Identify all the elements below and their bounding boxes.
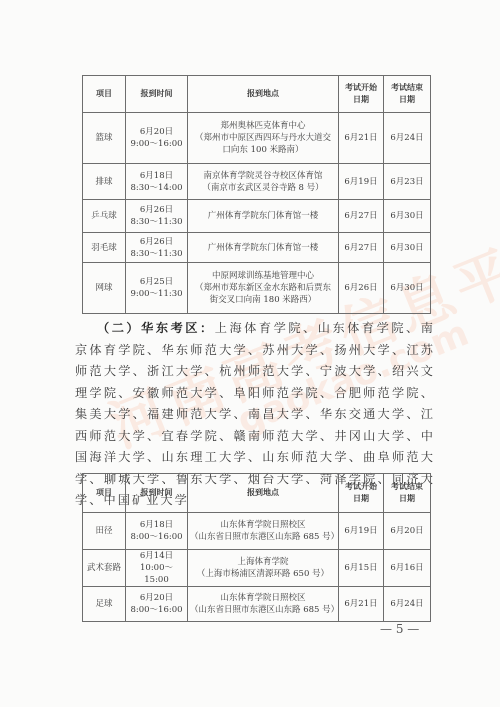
table-row: 篮球 6月20日9:00～16:00 郑州奥林匹克体育中心（郑州市中原区西四环与…	[83, 113, 431, 164]
cell-time: 6月26日8:30～11:30	[126, 233, 188, 263]
header-checkin-time: 报到时间	[126, 76, 188, 113]
cell-place: 上海体育学院（上海市杨浦区清源环路 650 号）	[188, 550, 339, 587]
table-row: 排球 6月18日8:30～14:00 南京体育学院灵谷寺校区体育馆（南京市玄武区…	[83, 164, 431, 200]
cell-start: 6月21日	[339, 113, 384, 164]
cell-time: 6月20日8:00～16:00	[126, 587, 188, 622]
cell-end: 6月20日	[384, 513, 431, 550]
cell-time: 6月26日8:30～11:30	[126, 200, 188, 233]
cell-place: 山东体育学院日照校区（山东省日照市东港区山东路 685 号）	[188, 513, 339, 550]
cell-end: 6月30日	[384, 263, 431, 314]
table-row: 网球 6月25日9:00～11:30 中原网球训练基地管理中心（郑州市郑东新区金…	[83, 263, 431, 314]
header-end-date: 考试结束日期	[384, 474, 431, 513]
cell-time: 6月18日8:30～14:00	[126, 164, 188, 200]
cell-end: 6月30日	[384, 200, 431, 233]
cell-item: 羽毛球	[83, 233, 126, 263]
cell-end: 6月24日	[384, 587, 431, 622]
cell-place: 郑州奥林匹克体育中心（郑州市中原区西四环与丹水大道交口向东 100 米路南）	[188, 113, 339, 164]
cell-item: 乒乓球	[83, 200, 126, 233]
cell-end: 6月16日	[384, 550, 431, 587]
header-start-date: 考试开始日期	[339, 76, 384, 113]
cell-end: 6月24日	[384, 113, 431, 164]
header-checkin-place: 报到地点	[188, 76, 339, 113]
cell-place: 山东体育学院日照校区（山东省日照市东港区山东路 685 号）	[188, 587, 339, 622]
cell-item: 篮球	[83, 113, 126, 164]
cell-start: 6月26日	[339, 263, 384, 314]
cell-time: 6月20日9:00～16:00	[126, 113, 188, 164]
cell-place: 广州体育学院东门体育馆一楼	[188, 200, 339, 233]
header-checkin-place: 报到地点	[188, 474, 339, 513]
cell-place: 南京体育学院灵谷寺校区体育馆（南京市玄武区灵谷寺路 8 号）	[188, 164, 339, 200]
table-header-row: 项目 报到时间 报到地点 考试开始日期 考试结束日期	[83, 76, 431, 113]
cell-item: 网球	[83, 263, 126, 314]
table-row: 乒乓球 6月26日8:30～11:30 广州体育学院东门体育馆一楼 6月27日 …	[83, 200, 431, 233]
cell-item: 排球	[83, 164, 126, 200]
cell-start: 6月19日	[339, 164, 384, 200]
table-row: 田径 6月18日8:00～16:00 山东体育学院日照校区（山东省日照市东港区山…	[83, 513, 431, 550]
cell-time: 6月14日10:00～15:00	[126, 550, 188, 587]
header-item: 项目	[83, 474, 126, 513]
header-checkin-time: 报到时间	[126, 474, 188, 513]
cell-start: 6月21日	[339, 587, 384, 622]
cell-place: 中原网球训练基地管理中心（郑州市郑东新区金水东路和后贾东街交叉口向南 180 米…	[188, 263, 339, 314]
cell-place: 广州体育学院东门体育馆一楼	[188, 233, 339, 263]
cell-end: 6月23日	[384, 164, 431, 200]
cell-item: 武术套路	[83, 550, 126, 587]
table-row: 足球 6月20日8:00～16:00 山东体育学院日照校区（山东省日照市东港区山…	[83, 587, 431, 622]
header-item: 项目	[83, 76, 126, 113]
cell-end: 6月30日	[384, 233, 431, 263]
header-start-date: 考试开始日期	[339, 474, 384, 513]
table-row: 武术套路 6月14日10:00～15:00 上海体育学院（上海市杨浦区清源环路 …	[83, 550, 431, 587]
table-east-region: 项目 报到时间 报到地点 考试开始日期 考试结束日期 田径 6月18日8:00～…	[82, 473, 431, 622]
table-central-region: 项目 报到时间 报到地点 考试开始日期 考试结束日期 篮球 6月20日9:00～…	[82, 75, 431, 314]
page-number: — 5 —	[380, 622, 419, 636]
cell-time: 6月18日8:00～16:00	[126, 513, 188, 550]
cell-item: 田径	[83, 513, 126, 550]
cell-start: 6月15日	[339, 550, 384, 587]
cell-item: 足球	[83, 587, 126, 622]
table-row: 羽毛球 6月26日8:30～11:30 广州体育学院东门体育馆一楼 6月27日 …	[83, 233, 431, 263]
section-heading: （二）华东考区：	[97, 321, 215, 335]
cell-time: 6月25日9:00～11:30	[126, 263, 188, 314]
table-header-row: 项目 报到时间 报到地点 考试开始日期 考试结束日期	[83, 474, 431, 513]
cell-start: 6月27日	[339, 200, 384, 233]
cell-start: 6月27日	[339, 233, 384, 263]
header-end-date: 考试结束日期	[384, 76, 431, 113]
cell-start: 6月19日	[339, 513, 384, 550]
